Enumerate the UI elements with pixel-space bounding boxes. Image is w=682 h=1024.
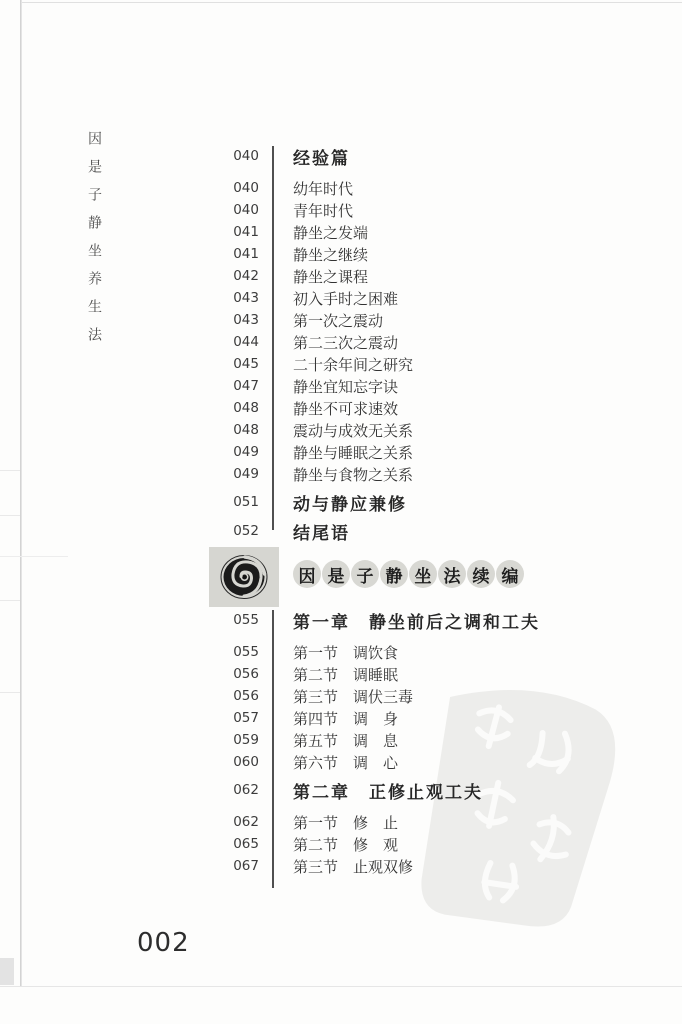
toc-divider-line-1: [272, 146, 274, 530]
toc-entry-title: 二十余年间之研究: [293, 354, 413, 375]
toc-page-number: 042: [229, 268, 259, 284]
toc-page-number: 056: [229, 688, 259, 704]
toc-row: 051 动与静应兼修: [229, 490, 629, 514]
toc-row: 040 青年时代: [229, 199, 629, 221]
toc-page-number: 059: [229, 732, 259, 748]
book-toc-page: 因是子静坐养生法 040 经验篇 040 幼年时代 040 青年时代 041 静…: [0, 0, 682, 1024]
toc-entry-title: 第一次之震动: [293, 310, 383, 331]
toc-page-number: 048: [229, 422, 259, 438]
toc-entry-title: 静坐与睡眠之关系: [293, 442, 413, 463]
toc-page-number: 048: [229, 400, 259, 416]
series-title-char: 因: [293, 560, 321, 588]
series-logo: [209, 547, 279, 607]
toc-row: 062 第二章 正修止观工夫: [229, 778, 629, 802]
toc-row: 040 幼年时代: [229, 177, 629, 199]
series-title-char: 法: [438, 560, 466, 588]
toc-entry-title: 第六节 调 心: [293, 752, 398, 773]
toc-page-number: 040: [229, 202, 259, 218]
toc-part2: 055 第一章 静坐前后之调和工夫 055 第一节 调饮食 056 第二节 调睡…: [229, 608, 629, 877]
toc-page-number: 051: [229, 494, 259, 510]
toc-entry-title: 静坐宜知忘字诀: [293, 376, 398, 397]
scan-artifact-line: [0, 470, 20, 471]
toc-entry-title: 第一章 静坐前后之调和工夫: [293, 608, 540, 633]
toc-page-number: 047: [229, 378, 259, 394]
toc-row: 048 震动与成效无关系: [229, 419, 629, 441]
footer-page-number: 002: [137, 928, 190, 958]
toc-entry-title: 青年时代: [293, 200, 353, 221]
scan-artifact-line: [0, 600, 20, 601]
series-title-char: 续: [467, 560, 495, 588]
toc-divider-line-2: [272, 610, 274, 888]
toc-page-number: 060: [229, 754, 259, 770]
toc-entry-title: 第二三次之震动: [293, 332, 398, 353]
toc-row: 049 静坐与食物之关系: [229, 463, 629, 485]
toc-entry-title: 静坐之继续: [293, 244, 368, 265]
scan-artifact-line: [0, 515, 20, 516]
toc-row: 048 静坐不可求速效: [229, 397, 629, 419]
toc-row: 045 二十余年间之研究: [229, 353, 629, 375]
toc-page-number: 062: [229, 814, 259, 830]
toc-entry-title: 第二节 调睡眠: [293, 664, 398, 685]
toc-row: 057 第四节 调 身: [229, 707, 629, 729]
toc-row: 056 第三节 调伏三毒: [229, 685, 629, 707]
toc-row: 056 第二节 调睡眠: [229, 663, 629, 685]
toc-entry-title: 第四节 调 身: [293, 708, 398, 729]
toc-entry-title: 初入手时之困难: [293, 288, 398, 309]
scan-page-edge-line: [20, 0, 22, 986]
toc-page-number: 067: [229, 858, 259, 874]
toc-row: 043 初入手时之困难: [229, 287, 629, 309]
toc-page-number: 041: [229, 224, 259, 240]
toc-page-number: 040: [229, 180, 259, 196]
toc-entry-title: 第一节 修 止: [293, 812, 398, 833]
toc-entry-title: 结尾语: [293, 519, 350, 544]
toc-row: 040 经验篇: [229, 144, 629, 168]
scan-artifact-line: [0, 692, 20, 693]
toc-row: 065 第二节 修 观: [229, 833, 629, 855]
toc-page-number: 055: [229, 644, 259, 660]
toc-entry-title: 第三节 调伏三毒: [293, 686, 413, 707]
toc-row: 042 静坐之课程: [229, 265, 629, 287]
toc-row: 043 第一次之震动: [229, 309, 629, 331]
toc-page-number: 062: [229, 782, 259, 798]
toc-row: 055 第一章 静坐前后之调和工夫: [229, 608, 629, 632]
toc-row: 047 静坐宜知忘字诀: [229, 375, 629, 397]
toc-entry-title: 第一节 调饮食: [293, 642, 398, 663]
toc-entry-title: 动与静应兼修: [293, 490, 407, 515]
toc-page-number: 049: [229, 444, 259, 460]
series-title-char: 编: [496, 560, 524, 588]
toc-row: 055 第一节 调饮食: [229, 641, 629, 663]
toc-page-number: 065: [229, 836, 259, 852]
toc-page-number: 044: [229, 334, 259, 350]
toc-entry-title: 静坐与食物之关系: [293, 464, 413, 485]
toc-page-number: 043: [229, 290, 259, 306]
toc-entry-title: 经验篇: [293, 144, 350, 169]
toc-page-number: 041: [229, 246, 259, 262]
series-title-char: 是: [322, 560, 350, 588]
toc-entry-title: 静坐不可求速效: [293, 398, 398, 419]
toc-row: 049 静坐与睡眠之关系: [229, 441, 629, 463]
series-title-char: 子: [351, 560, 379, 588]
scan-artifact-line: [0, 556, 68, 557]
toc-entry-title: 静坐之发端: [293, 222, 368, 243]
toc-entry-title: 第五节 调 息: [293, 730, 398, 751]
toc-entry-title: 静坐之课程: [293, 266, 368, 287]
spiral-yinyang-icon: [216, 552, 272, 602]
scan-corner-smudge: [0, 958, 14, 985]
toc-row: 062 第一节 修 止: [229, 811, 629, 833]
toc-page-number: 045: [229, 356, 259, 372]
toc-row: 067 第三节 止观双修: [229, 855, 629, 877]
toc-row: 044 第二三次之震动: [229, 331, 629, 353]
series-title: 因是子静坐法续编: [293, 560, 524, 588]
toc-part1: 040 经验篇 040 幼年时代 040 青年时代 041 静坐之发端 041 …: [229, 144, 629, 543]
toc-entry-title: 第二节 修 观: [293, 834, 398, 855]
toc-page-number: 049: [229, 466, 259, 482]
toc-page-number: 055: [229, 612, 259, 628]
toc-row: 060 第六节 调 心: [229, 751, 629, 773]
toc-page-number: 052: [229, 523, 259, 539]
toc-row: 041 静坐之继续: [229, 243, 629, 265]
scan-top-edge-line: [22, 2, 682, 3]
toc-entry-title: 幼年时代: [293, 178, 353, 199]
scan-bottom-edge-line: [0, 986, 682, 987]
toc-page-number: 056: [229, 666, 259, 682]
series-title-char: 坐: [409, 560, 437, 588]
toc-row: 059 第五节 调 息: [229, 729, 629, 751]
toc-row: 041 静坐之发端: [229, 221, 629, 243]
toc-page-number: 043: [229, 312, 259, 328]
series-title-char: 静: [380, 560, 408, 588]
spine-title: 因是子静坐养生法: [84, 131, 102, 355]
toc-page-number: 057: [229, 710, 259, 726]
toc-entry-title: 第三节 止观双修: [293, 856, 413, 877]
toc-entry-title: 震动与成效无关系: [293, 420, 413, 441]
toc-page-number: 040: [229, 148, 259, 164]
toc-row: 052 结尾语: [229, 519, 629, 543]
toc-entry-title: 第二章 正修止观工夫: [293, 778, 483, 803]
